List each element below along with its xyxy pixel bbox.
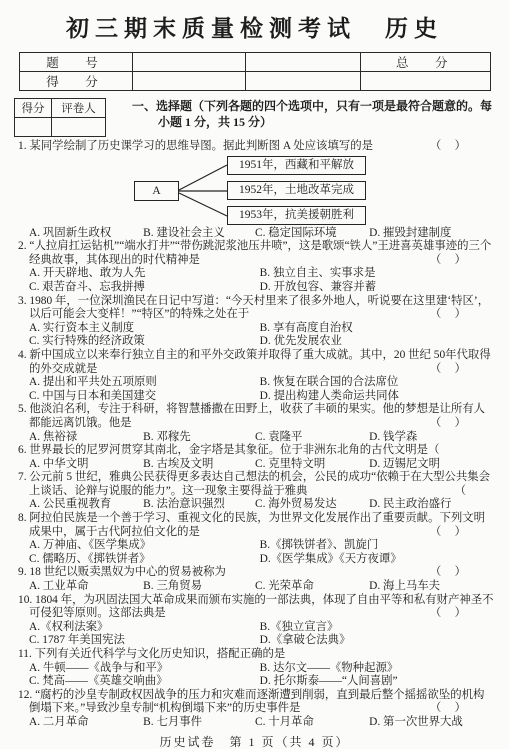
option-c: C. 克里特文明: [255, 458, 369, 472]
option-d: D. 民主政治盛行: [369, 498, 495, 512]
diagram-branch-1951: 1951年，西藏和平解放: [227, 156, 366, 175]
question-3: 3. 1980 年，一位深圳渔民在日记中写道：“今天村里来了很多外地人，听说要在…: [14, 295, 495, 349]
grader-examiner-cell: [52, 118, 106, 137]
options-row: A. 工业革命 B. 三角贸易 C. 光荣革命 D. 海上马车夫: [14, 580, 495, 594]
stem-text: 1. 某同学绘制了历史课学习的思维导图。据此判断图 A 处应该填写的是: [18, 140, 373, 152]
question-stem: 6. 世界最长的尼罗河贯穿其南北，金字塔是其象征。位于非洲东北角的古代文明是（: [14, 444, 495, 458]
option-a: A. 工业革命: [29, 580, 143, 594]
grader-score-cell: [15, 118, 52, 137]
options-row: A.《权利法案》 B.《独立宣言》 C. 1787 年美国宪法 D.《拿破仑法典…: [14, 621, 495, 648]
question-stem: 4. 新中国成立以来奉行独立自主的和平外交政策并取得了重大成就。其中，20 世纪…: [14, 349, 495, 376]
option-c: C. 儒略历、《掷铁饼者》: [29, 553, 260, 567]
section-heading: 一、选择题（下列各题的四个选项中，只有一项是最符合题意的。每小题 1 分，共 1…: [132, 99, 495, 130]
grader-score-label: 得分: [15, 99, 52, 118]
option-a: A.《权利法案》: [29, 621, 260, 635]
question-7: 7. 公元前 5 世纪，雅典公民获得更多表达自己想法的机会，公民的成功“依赖于在…: [14, 471, 495, 512]
stem-text: 3. 1980 年，一位深圳渔民在日记中写道：“今天村里来了很多外地人，听说要在…: [18, 295, 489, 321]
question-9: 9. 18 世纪以贩卖黑奴为中心的贸易被称为 （ ） A. 工业革命 B. 三角…: [14, 566, 495, 593]
option-b: B. 七月事件: [143, 716, 255, 730]
question-10: 10. 1804 年，为巩固法国大革命成果而颁布实施的一部法典，体现了自由平等和…: [14, 594, 495, 648]
options-row: A. 万神庙、《医学集成》 B.《掷铁饼者》、凯旋门 C. 儒略历、《掷铁饼者》…: [14, 539, 495, 566]
option-c: C. 十月革命: [255, 716, 369, 730]
diagram-branch-1953: 1953年，抗美援朝胜利: [227, 206, 366, 225]
option-d: D. 托尔斯泰——“人间喜剧”: [260, 675, 495, 689]
option-a: A. 中华文明: [29, 458, 143, 472]
question-8: 8. 阿拉伯民族是一个善于学习、重视文化的民族，为世界文化发展作出了重要贡献。下…: [14, 512, 495, 566]
option-c: C. 实行特殊的经济政策: [29, 335, 260, 349]
score-table-cell: [132, 72, 245, 91]
option-a: A. 巩固新生政权: [29, 227, 143, 241]
page-footer: 历史试卷 第 1 页（共 4 页）: [14, 733, 495, 749]
answer-bracket: （ ）: [430, 308, 467, 322]
option-d: D. 摧毁封建制度: [369, 227, 495, 241]
option-b: B. 邓稼先: [143, 431, 255, 445]
question-stem: 9. 18 世纪以贩卖黑奴为中心的贸易被称为 （ ）: [14, 566, 495, 580]
option-a: A. 二月革命: [29, 716, 143, 730]
option-d: D. 提出构建人类命运共同体: [260, 390, 495, 404]
question-stem: 7. 公元前 5 世纪，雅典公民获得更多表达自己想法的机会，公民的成功“依赖于在…: [14, 471, 495, 498]
options-row: A. 焦裕禄 B. 邓稼先 C. 袁隆平 D. 钱学森: [14, 431, 495, 445]
option-b: B. 享有高度自治权: [260, 322, 495, 336]
question-5: 5. 他淡泊名利，专注于科研，将智慧播撒在田野上，收获了丰硕的果实。他的梦想是让…: [14, 403, 495, 444]
answer-bracket: （ ）: [430, 526, 467, 540]
option-d: D. 迈锡尼文明: [369, 458, 495, 472]
question-2: 2. “人拉肩扛运钻机”“端水打井”“带伤跳泥浆池压井喷”，这是歌颂“铁人”王进…: [14, 240, 495, 294]
question-1: 1. 某同学绘制了历史课学习的思维导图。据此判断图 A 处应该填写的是 （ ） …: [14, 140, 495, 240]
option-d: D. 优先发展农业: [260, 335, 495, 349]
option-c: C. 海外贸易发达: [255, 498, 369, 512]
question-stem: 12. “腐朽的沙皇专制政权因战争的压力和灾难而逐渐遭到削弱，直到最后整个摇摇欲…: [14, 689, 495, 716]
stem-text: 8. 阿拉伯民族是一个善于学习、重视文化的民族，为世界文化发展作出了重要贡献。下…: [18, 512, 485, 538]
question-stem: 2. “人拉肩扛运钻机”“端水打井”“带伤跳泥浆池压井喷”，这是歌颂“铁人”王进…: [14, 240, 495, 267]
score-summary-table: 题 号 总 分 得 分: [19, 52, 491, 91]
answer-bracket: （ ）: [430, 607, 467, 621]
option-b: B. 三角贸易: [143, 580, 255, 594]
question-stem: 11. 下列有关近代科学与文化历史知识，搭配正确的是: [14, 648, 495, 662]
option-d: D. 开放包容、兼容并蓄: [260, 281, 495, 295]
options-row: A. 二月革命 B. 七月事件 C. 十月革命 D. 第一次世界大战: [14, 716, 495, 730]
score-table-cell: [245, 53, 360, 72]
option-a: A. 焦裕禄: [29, 431, 143, 445]
option-d: D.《医学集成》《天方夜谭》: [260, 553, 495, 567]
option-b: B. 建设社会主义: [143, 227, 255, 241]
stem-text: 5. 他淡泊名利，专注于科研，将智慧播撒在田野上，收获了丰硕的果实。他的梦想是让…: [18, 403, 485, 429]
option-c: C. 袁隆平: [255, 431, 369, 445]
option-b: B. 达尔文——《物种起源》: [260, 662, 495, 676]
options-row: A. 巩固新生政权 B. 建设社会主义 C. 稳定国际环境 D. 摧毁封建制度: [14, 227, 495, 241]
page-title: 初三期末质量检测考试 历史: [14, 10, 495, 43]
option-b: B. 法治意识强烈: [143, 498, 255, 512]
option-c: C. 光荣革命: [255, 580, 369, 594]
question-stem: 3. 1980 年，一位深圳渔民在日记中写道：“今天村里来了很多外地人，听说要在…: [14, 295, 495, 322]
score-table-question-label: 题 号: [19, 53, 132, 72]
grader-box: 得分 评卷人: [14, 98, 106, 137]
diagram-node-a: A: [134, 181, 179, 201]
option-b: B.《独立宣言》: [260, 621, 495, 635]
options-row: A. 牛顿——《战争与和平》 B. 达尔文——《物种起源》 C. 梵高——《英雄…: [14, 662, 495, 689]
option-a: A. 牛顿——《战争与和平》: [29, 662, 260, 676]
stem-text: 7. 公元前 5 世纪，雅典公民获得更多表达自己想法的机会，公民的成功“依赖于在…: [18, 471, 490, 497]
answer-bracket: （ ）: [430, 140, 467, 154]
option-b: B. 独立自主、实事求是: [260, 267, 495, 281]
stem-text: 9. 18 世纪以贩卖黑奴为中心的贸易被称为: [18, 566, 226, 578]
score-table-cell: [132, 53, 245, 72]
option-d: D. 海上马车夫: [369, 580, 495, 594]
option-a: A. 提出和平共处五项原则: [29, 376, 260, 390]
answer-bracket: （ ）: [430, 417, 467, 431]
mind-map-diagram: A 1951年，西藏和平解放 1952年，土地改革完成 1953年，抗美援朝胜利: [14, 156, 495, 226]
options-row: A. 实行资本主义制度 B. 享有高度自治权 C. 实行特殊的经济政策 D. 优…: [14, 322, 495, 349]
answer-bracket: （ ）: [430, 566, 467, 580]
question-6: 6. 世界最长的尼罗河贯穿其南北，金字塔是其象征。位于非洲东北角的古代文明是（ …: [14, 444, 495, 471]
option-c: C. 艰苦奋斗、忘我拼搏: [29, 281, 260, 295]
question-stem: 10. 1804 年，为巩固法国大革命成果而颁布实施的一部法典，体现了自由平等和…: [14, 594, 495, 621]
option-b: B. 古埃及文明: [143, 458, 255, 472]
question-11: 11. 下列有关近代科学与文化历史知识，搭配正确的是 A. 牛顿——《战争与和平…: [14, 648, 495, 689]
option-a: A. 公民重视教育: [29, 498, 143, 512]
answer-bracket: （: [455, 485, 467, 499]
option-d: D. 钱学森: [369, 431, 495, 445]
option-d: D. 第一次世界大战: [369, 716, 495, 730]
stem-text: 10. 1804 年，为巩固法国大革命成果而颁布实施的一部法典，体现了自由平等和…: [18, 594, 494, 620]
option-b: B.《掷铁饼者》、凯旋门: [260, 539, 495, 553]
option-a: A. 开天辟地、敢为人先: [29, 267, 260, 281]
options-row: A. 开天辟地、敢为人先 B. 独立自主、实事求是 C. 艰苦奋斗、忘我拼搏 D…: [14, 267, 495, 294]
option-a: A. 实行资本主义制度: [29, 322, 260, 336]
option-d: D.《拿破仑法典》: [260, 634, 495, 648]
question-stem: 1. 某同学绘制了历史课学习的思维导图。据此判断图 A 处应该填写的是 （ ）: [14, 140, 495, 154]
section-header-row: 得分 评卷人 一、选择题（下列各题的四个选项中，只有一项是最符合题意的。每小题 …: [14, 98, 495, 137]
answer-bracket: （ ）: [430, 254, 467, 268]
option-c: C. 1787 年美国宪法: [29, 634, 260, 648]
answer-bracket: （ ）: [430, 702, 467, 716]
option-b: B. 恢复在联合国的合法席位: [260, 376, 495, 390]
options-row: A. 公民重视教育 B. 法治意识强烈 C. 海外贸易发达 D. 民主政治盛行: [14, 498, 495, 512]
stem-text: 11. 下列有关近代科学与文化历史知识，搭配正确的是: [18, 648, 285, 660]
stem-text: 6. 世界最长的尼罗河贯穿其南北，金字塔是其象征。位于非洲东北角的古代文明是（: [18, 444, 439, 456]
grader-examiner-label: 评卷人: [52, 99, 106, 118]
question-12: 12. “腐朽的沙皇专制政权因战争的压力和灾难而逐渐遭到削弱，直到最后整个摇摇欲…: [14, 689, 495, 730]
question-stem: 8. 阿拉伯民族是一个善于学习、重视文化的民族，为世界文化发展作出了重要贡献。下…: [14, 512, 495, 539]
stem-text: 4. 新中国成立以来奉行独立自主的和平外交政策并取得了重大成就。其中，20 世纪…: [18, 349, 491, 375]
options-row: A. 中华文明 B. 古埃及文明 C. 克里特文明 D. 迈锡尼文明: [14, 458, 495, 472]
option-c: C. 梵高——《英雄交响曲》: [29, 675, 260, 689]
option-c: C. 稳定国际环境: [255, 227, 369, 241]
question-stem: 5. 他淡泊名利，专注于科研，将智慧播撒在田野上，收获了丰硕的果实。他的梦想是让…: [14, 403, 495, 430]
option-a: A. 万神庙、《医学集成》: [29, 539, 260, 553]
score-table-cell: [245, 72, 360, 91]
stem-text: 2. “人拉肩扛运钻机”“端水打井”“带伤跳泥浆池压井喷”，这是歌颂“铁人”王进…: [18, 240, 491, 266]
score-table-score-label: 得 分: [19, 72, 132, 91]
score-table-total-label: 总 分: [360, 53, 490, 72]
diagram-branch-1952: 1952年，土地改革完成: [227, 181, 366, 200]
question-4: 4. 新中国成立以来奉行独立自主的和平外交政策并取得了重大成就。其中，20 世纪…: [14, 349, 495, 403]
score-table-cell: [360, 72, 490, 91]
answer-bracket: （ ）: [430, 363, 467, 377]
options-row: A. 提出和平共处五项原则 B. 恢复在联合国的合法席位 C. 中国与日本和美国…: [14, 376, 495, 403]
option-c: C. 中国与日本和美国建交: [29, 390, 260, 404]
stem-text: 12. “腐朽的沙皇专制政权因战争的压力和灾难而逐渐遭到削弱，直到最后整个摇摇欲…: [18, 689, 484, 715]
